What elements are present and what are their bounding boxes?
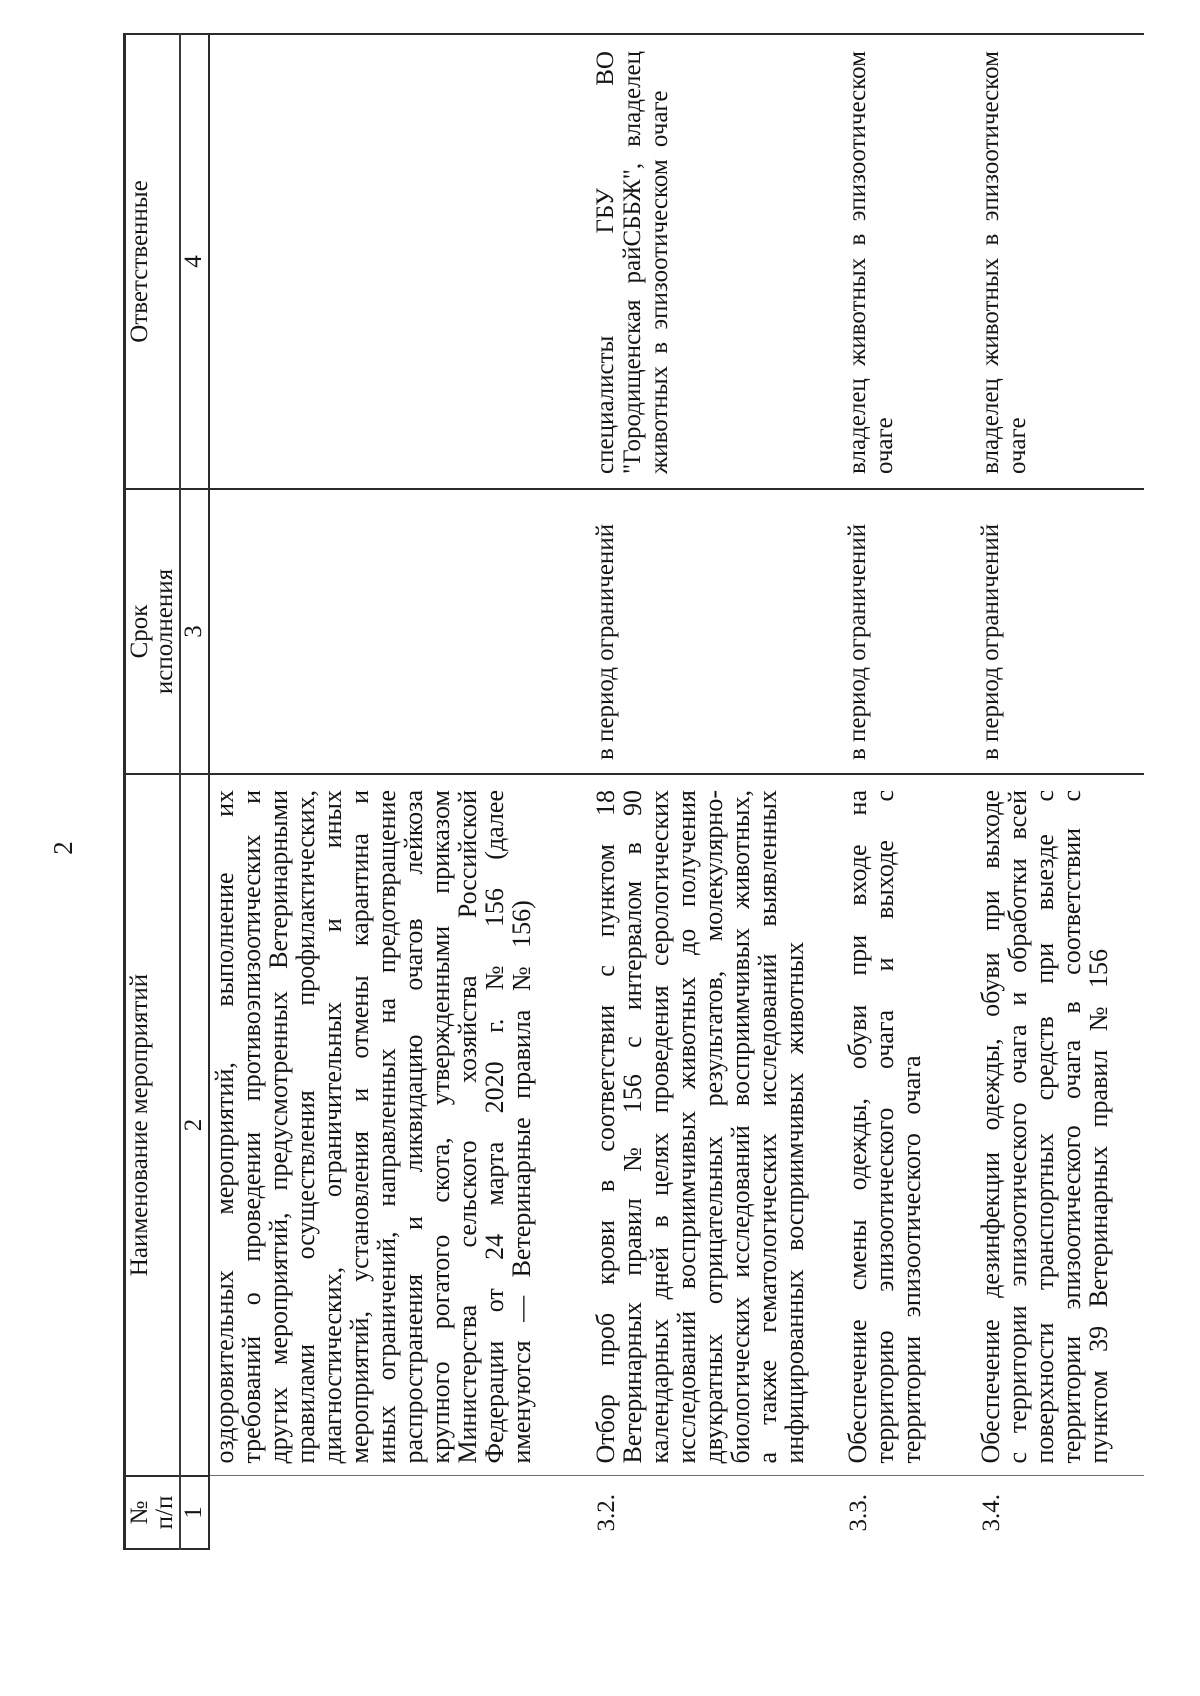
table-row: 3.3. Обеспечение смены одежды, обуви при…	[843, 34, 976, 1549]
header-index-1: 1	[180, 1476, 209, 1549]
row-number-cell	[209, 1476, 591, 1549]
table-header: № п/п Наименование мероприятий Срок испо…	[125, 34, 210, 1549]
table-row: 3.4. Обеспечение дезинфекции одежды, обу…	[976, 34, 1144, 1549]
measure-name-cell: Отбор проб крови в соответствии с пункто…	[591, 774, 843, 1476]
header-col-number: № п/п	[125, 1476, 181, 1549]
responsible-cell: специалисты ГБУ ВО "Городищенская райСББ…	[591, 34, 843, 489]
header-col-name: Наименование мероприятий	[125, 774, 181, 1476]
table-row: 3.2. Отбор проб крови в соответствии с п…	[591, 34, 843, 1549]
rotated-sheet: 2 № п/п Наименование мероприятий Срок ис…	[0, 0, 1200, 1696]
table-row: оздоровительных мероприятий, выполнение …	[209, 34, 591, 1549]
measure-name-cell: Обеспечение дезинфекции одежды, обуви пр…	[976, 774, 1144, 1476]
responsible-cell: владелец животных в эпизоотическом очаге	[976, 34, 1144, 489]
header-col-term: Срок исполнения	[125, 489, 181, 774]
measures-table: № п/п Наименование мероприятий Срок испо…	[123, 33, 1144, 1550]
header-index-2: 2	[180, 774, 209, 1476]
header-index-row: 1 2 3 4	[180, 34, 209, 1549]
term-cell: в период ограничений	[591, 489, 843, 774]
responsible-cell	[209, 34, 591, 489]
responsible-cell: владелец животных в эпизоотическом очаге	[843, 34, 976, 489]
term-cell: в период ограничений	[843, 489, 976, 774]
row-number-cell: 3.2.	[591, 1476, 843, 1549]
term-cell: в период ограничений	[976, 489, 1144, 774]
header-index-4: 4	[180, 34, 209, 489]
header-index-3: 3	[180, 489, 209, 774]
row-number-cell: 3.3.	[843, 1476, 976, 1549]
row-number-cell: 3.4.	[976, 1476, 1144, 1549]
header-col-responsible: Ответственные	[125, 34, 181, 489]
measure-name-cell: Обеспечение смены одежды, обуви при вход…	[843, 774, 976, 1476]
measure-name-cell: оздоровительных мероприятий, выполнение …	[209, 774, 591, 1476]
header-labels-row: № п/п Наименование мероприятий Срок испо…	[125, 34, 181, 1549]
term-cell	[209, 489, 591, 774]
page-number: 2	[48, 0, 79, 1696]
